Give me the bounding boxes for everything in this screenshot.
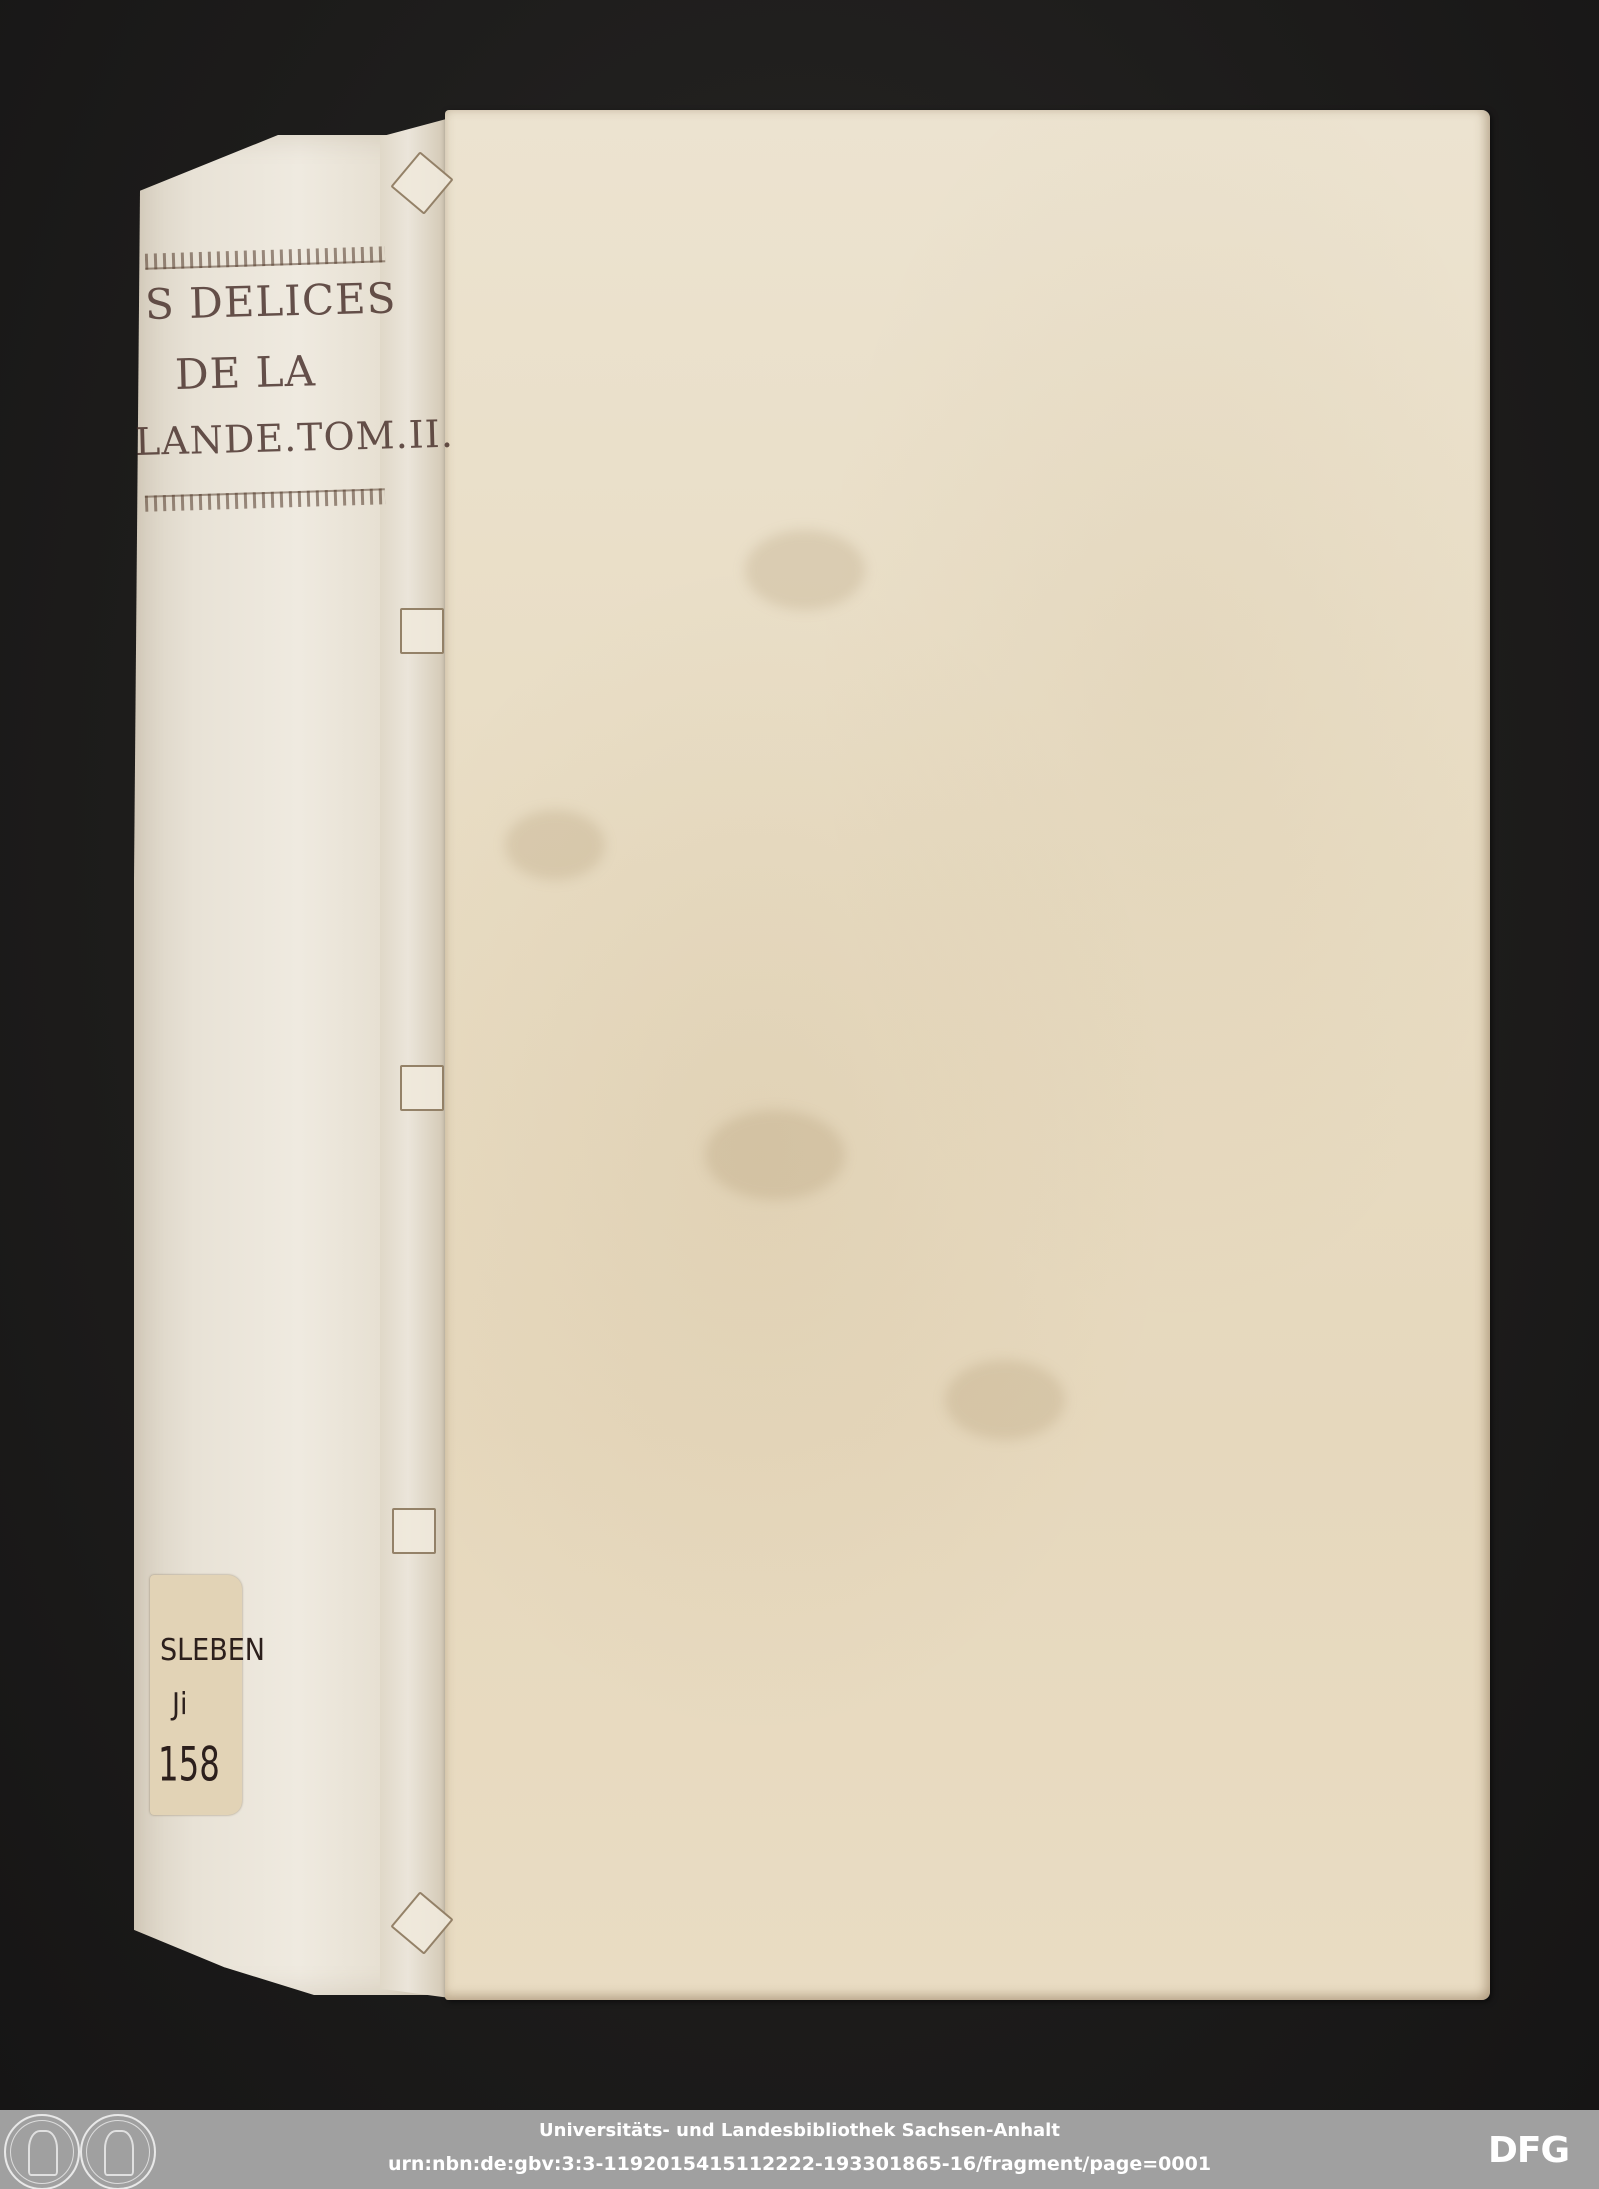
institution-name: Universitäts- und Landesbibliothek Sachs… — [0, 2120, 1599, 2141]
shelf-label-line-1: SLEBEN — [160, 1633, 265, 1668]
spine-title-line-3: LANDE.TOM.II. — [134, 413, 385, 464]
footer-bar: Universitäts- und Landesbibliothek Sachs… — [0, 2110, 1599, 2189]
stain — [705, 1110, 845, 1200]
decorative-border-bottom — [145, 488, 385, 512]
binding-tie — [392, 1508, 436, 1554]
front-cover — [445, 110, 1490, 2000]
book-photo: S DELICES DE LA LANDE.TOM.II. SLEBEN Ji … — [0, 0, 1599, 2110]
shelf-label-line-2: Ji — [172, 1687, 187, 1722]
spine-hinge — [380, 118, 450, 1998]
dfg-logo: DFG — [1488, 2130, 1569, 2171]
spine-title-label: S DELICES DE LA LANDE.TOM.II. — [145, 230, 385, 520]
spine-title-line-1: S DELICES — [144, 273, 395, 329]
spine-title-line-2: DE LA — [174, 343, 425, 399]
binding-tie — [400, 608, 444, 654]
library-shelf-label: SLEBEN Ji 158 — [150, 1575, 242, 1815]
stain — [505, 810, 605, 880]
shelf-label-line-3: 158 — [158, 1739, 220, 1792]
urn-link[interactable]: urn:nbn:de:gbv:3:3-1192015415112222-1933… — [0, 2153, 1599, 2175]
binding-tie — [400, 1065, 444, 1111]
stain — [945, 1360, 1065, 1440]
stain — [745, 530, 865, 610]
decorative-border-top — [145, 246, 385, 270]
